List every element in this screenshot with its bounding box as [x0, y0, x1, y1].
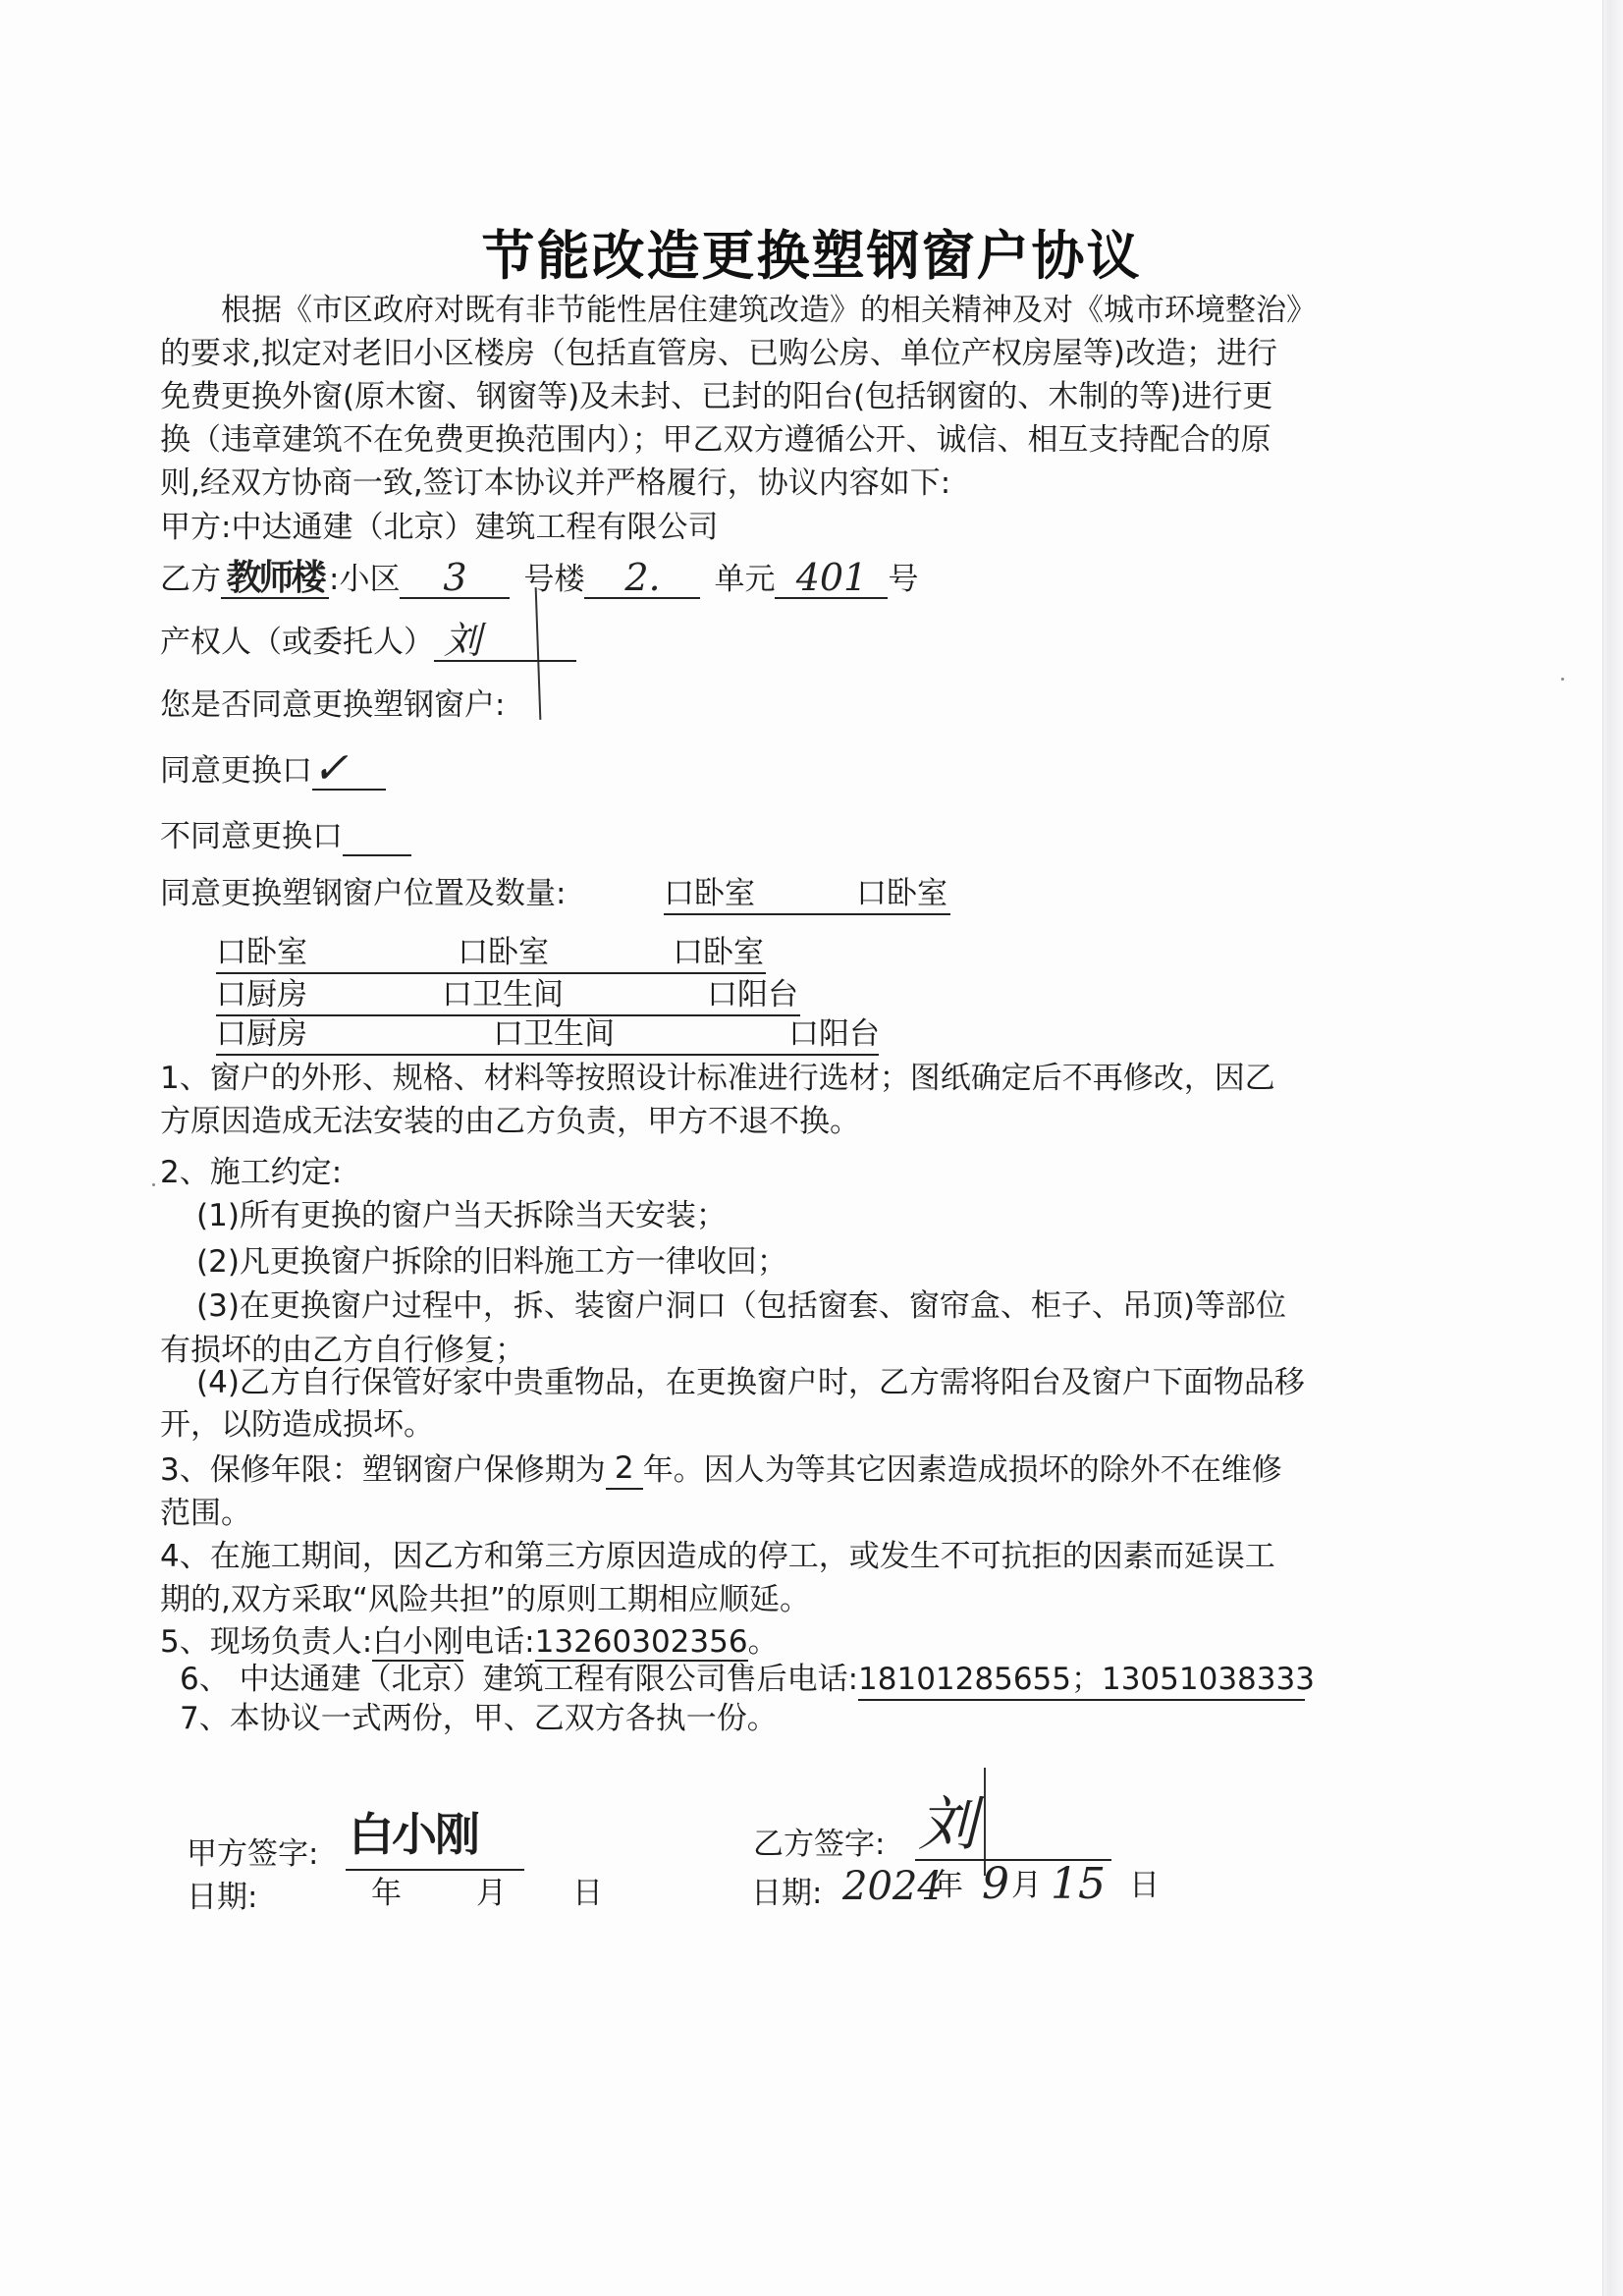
clause-5-prefix: 5、现场负责人:: [160, 1624, 372, 1660]
clause-2-4-line-2: 开，以防造成损坏。: [160, 1405, 434, 1445]
clause-3-line-1: 3、保修年限：塑钢窗户保修期为2年。因人为等其它因素造成损坏的除外不在维修: [160, 1449, 1282, 1490]
party-b-signature[interactable]: 刘: [918, 1777, 977, 1862]
location-bedroom-checkbox[interactable]: 口卧室: [458, 933, 549, 972]
document-title: 节能改造更换塑钢窗户协议: [0, 214, 1623, 290]
party-a-date-month[interactable]: 月: [476, 1874, 507, 1913]
clause-4-line-2: 期的,双方采取“风险共担”的原则工期相应顺延。: [160, 1580, 810, 1619]
clause-3-suffix: 年。因人为等其它因素造成损坏的除外不在维修: [643, 1452, 1282, 1488]
clause-3-prefix: 3、保修年限：塑钢窗户保修期为: [160, 1452, 606, 1488]
party-b-day-value[interactable]: 15: [1051, 1859, 1106, 1909]
party-b-sign-label: 乙方签字:: [753, 1825, 885, 1864]
scan-page-edge: [1602, 0, 1623, 2296]
agree-label: 同意更换口: [160, 753, 312, 789]
party-b-label: 乙方: [160, 562, 221, 597]
consent-question: 您是否同意更换塑钢窗户:: [160, 685, 505, 725]
locations-row-3: 口厨房 口卫生间 口阳台: [216, 1014, 879, 1056]
community-suffix: :小区: [329, 562, 400, 597]
clause-5-phone-label: 电话:: [463, 1624, 534, 1660]
clause-6-prefix: 6、 中达通建（北京）建筑工程有限公司售后电话:: [180, 1662, 858, 1697]
party-a-sign-label: 甲方签字:: [187, 1834, 318, 1874]
party-a-name: 中达通建（北京）建筑工程有限公司: [231, 510, 718, 545]
party-b-date-month-label: 月: [1011, 1866, 1042, 1905]
location-bedroom-checkbox[interactable]: 口卧室: [216, 933, 307, 972]
unit-number-field[interactable]: 2.: [584, 558, 700, 599]
location-balcony-checkbox[interactable]: 口阳台: [788, 1014, 880, 1054]
party-a-signature[interactable]: 白小刚: [349, 1799, 478, 1864]
owner-label: 产权人（或委托人）: [160, 625, 434, 660]
warranty-years-field[interactable]: 2: [606, 1449, 643, 1490]
agree-line: 同意更换口✓: [160, 749, 386, 791]
unit-label: 单元: [714, 562, 775, 597]
room-label: 号: [888, 562, 918, 597]
community-name-field[interactable]: 教师楼: [221, 558, 329, 599]
clause-2-2: (2)凡更换窗户拆除的旧料施工方一律收回；: [196, 1242, 787, 1282]
party-b-date-label: 日期:: [751, 1874, 822, 1913]
clause-3-line-2: 范围。: [160, 1494, 251, 1533]
location-kitchen-checkbox[interactable]: 口厨房: [216, 1014, 307, 1054]
location-bathroom-checkbox[interactable]: 口卫生间: [493, 1014, 615, 1054]
clause-6: 6、 中达通建（北京）建筑工程有限公司售后电话:18101285655；1305…: [180, 1660, 1305, 1701]
owner-signature-field[interactable]: 刘: [434, 621, 576, 662]
intro-line-2: 的要求,拟定对老旧小区楼房（包括直管房、已购公房、单位产权房屋等)改造；进行: [160, 334, 1277, 373]
location-balcony-checkbox[interactable]: 口阳台: [707, 975, 798, 1014]
party-b-date-day-label: 日: [1129, 1866, 1160, 1905]
party-b-date-year-label: 年: [933, 1866, 963, 1905]
party-a-signature-line: [346, 1869, 524, 1871]
clause-2-1: (1)所有更换的窗户当天拆除当天安装；: [196, 1196, 727, 1235]
clause-2-3-line-1: (3)在更换窗户过程中，拆、装窗户洞口（包括窗套、窗帘盒、柜子、吊顶)等部位: [196, 1286, 1286, 1326]
clause-5-end: 。: [748, 1624, 779, 1660]
party-b-month-value[interactable]: 9: [982, 1859, 1009, 1909]
clause-1-line-1: 1、窗户的外形、规格、材料等按照设计标准进行选材；图纸确定后不再修改，因乙: [160, 1059, 1275, 1098]
intro-line-5: 则,经双方协商一致,签订本协议并严格履行，协议内容如下:: [160, 464, 950, 503]
intro-line-3: 免费更换外窗(原木窗、钢窗等)及未封、已封的阳台(包括钢窗的、木制的等)进行更: [160, 377, 1272, 416]
building-number-field[interactable]: 3: [400, 558, 510, 599]
clause-2-4-line-1: (4)乙方自行保管好家中贵重物品，在更换窗户时，乙方需将阳台及窗户下面物品移: [196, 1363, 1305, 1402]
clause-1-line-2: 方原因造成无法安装的由乙方负责，甲方不退不换。: [160, 1102, 860, 1141]
owner-line: 产权人（或委托人）刘: [160, 621, 576, 662]
party-a-label: 甲方:: [160, 510, 231, 545]
location-bedroom-checkbox[interactable]: 口卧室: [673, 933, 764, 972]
location-kitchen-checkbox[interactable]: 口厨房: [216, 975, 307, 1014]
party-a-date-year[interactable]: 年: [371, 1874, 402, 1913]
clause-5: 5、现场负责人:白小刚电话:13260302356。: [160, 1622, 779, 1662]
site-manager-name: 白小刚: [372, 1624, 463, 1662]
disagree-label: 不同意更换口: [160, 819, 343, 854]
locations-row-1: 口卧室 口卧室 口卧室: [216, 933, 766, 974]
disagree-line: 不同意更换口: [160, 817, 411, 856]
party-a-date-day[interactable]: 日: [572, 1874, 603, 1913]
location-bedroom-checkbox[interactable]: 口卧室: [856, 874, 947, 913]
locations-row-2: 口厨房 口卫生间 口阳台: [216, 975, 800, 1016]
room-number-field[interactable]: 401: [775, 558, 888, 599]
clause-4-line-1: 4、在施工期间，因乙方和第三方原因造成的停工，或发生不可抗拒的因素而延误工: [160, 1537, 1275, 1576]
location-bathroom-checkbox[interactable]: 口卫生间: [442, 975, 564, 1014]
location-bedroom-checkbox[interactable]: 口卧室: [664, 874, 755, 913]
locations-label: 同意更换塑钢窗户位置及数量:: [160, 874, 566, 913]
building-label: 号楼: [523, 562, 584, 597]
intro-line-1: 根据《市区政府对既有非节能性居住建筑改造》的相关精神及对《城市环境整治》: [221, 291, 1317, 330]
clause-2-title: 2、施工约定:: [160, 1153, 342, 1192]
site-manager-phone[interactable]: 13260302356: [535, 1624, 748, 1662]
locations-row-0: 口卧室 口卧室: [664, 874, 950, 915]
scan-speck: [152, 1183, 155, 1186]
agree-checkbox-field[interactable]: ✓: [312, 749, 386, 791]
party-a-date-label: 日期:: [187, 1878, 257, 1917]
clause-7: 7、本协议一式两份，甲、乙双方各执一份。: [180, 1699, 778, 1738]
party-b-line: 乙方教师楼:小区3号楼2.单元401号: [160, 558, 918, 599]
after-sales-phones[interactable]: 18101285655；13051038333: [858, 1660, 1305, 1701]
intro-line-4: 换（违章建筑不在免费更换范围内）；甲乙双方遵循公开、诚信、相互支持配合的原: [160, 420, 1271, 460]
disagree-checkbox-field[interactable]: [343, 819, 411, 856]
scan-speck: [1561, 678, 1564, 681]
party-a-line: 甲方:中达通建（北京）建筑工程有限公司: [160, 508, 718, 547]
scan-speck: [479, 1110, 482, 1113]
party-b-year-value[interactable]: 2024: [842, 1864, 943, 1909]
